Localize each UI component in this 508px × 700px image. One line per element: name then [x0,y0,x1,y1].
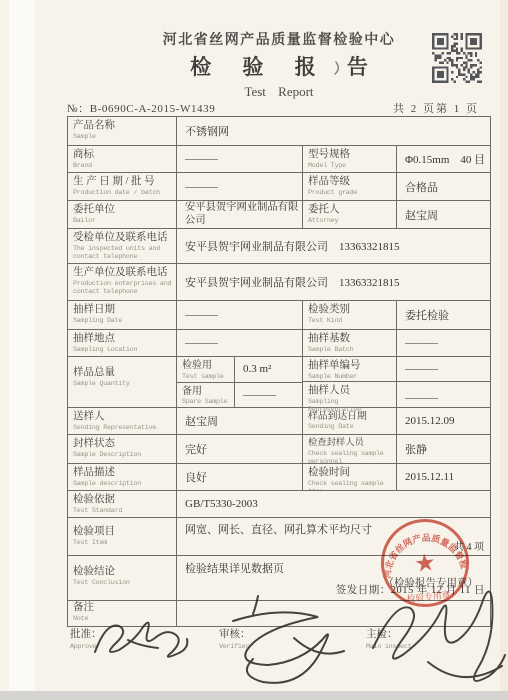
value-test-standard: GB/T5330-2003 [177,491,490,517]
label-sending-rep: 送样人 Sending Representative [68,408,177,434]
label-model-type: 型号规格 Model Type [303,146,397,172]
label-sample-desc: 样品描述 Sample description [68,464,177,490]
value-note [177,601,490,626]
row-seal-state-checker: 封样状态 Sample Description 完好 检查封样人员 Check … [68,435,490,464]
label-spare-sample: 备用 Spare Sample [177,383,235,408]
label-zh: 抽样地点 [73,333,174,345]
label-zh: 检验类别 [308,304,394,316]
label-en: Test sample [182,373,232,381]
label-zh: 型号规格 [308,149,394,161]
test-item-count: 共 4 项 [185,538,484,553]
label-arrival-date: 样品到达日期 Sending Date [303,408,397,434]
value-sample-number: ——— [397,357,490,381]
label-sampling-date: 抽样日期 Sampling Date [68,301,177,329]
label-en: Note [73,615,174,623]
value-sampling-location: ——— [177,330,303,356]
label-sampling-location: 抽样地点 Sampling Location [68,330,177,356]
row-sampling-location-batch: 抽样地点 Sampling Location ——— 抽样基数 Sample B… [68,330,490,357]
label-zh: 检查封样人员 [308,438,394,449]
label-zh: 批准： [70,629,102,641]
label-zh: 样品等级 [308,176,394,188]
value-product-grade: 合格品 [397,173,490,200]
value-product-name: 不锈钢网 [177,117,490,145]
subrow-sample-number: 抽样单编号 Sample Number ——— [303,357,490,382]
value-model-type: Φ0.15mm 40 目 [397,146,490,172]
scanner-edge-strip [9,0,35,691]
value-sample-desc: 良好 [177,464,303,490]
report-title: 检 验 报 告 [67,51,491,81]
label-en: Test Item [73,539,174,547]
label-sample-batch: 抽样基数 Sample Batch [303,330,397,356]
label-test-item: 检验项目 Test Item [68,518,177,555]
label-en: Sample Description [73,451,174,459]
test-item-text: 网宽、网长、直径、网孔算术平均尺寸 [185,521,484,537]
row-note: 备注 Note [68,601,490,626]
value-sample-batch: ——— [397,330,490,356]
report-number-line: №：B-0690C-A-2015-W1439 共 2 页第 1 页 [67,100,479,116]
report-number: №：B-0690C-A-2015-W1439 [67,100,215,116]
value-production-unit: 安平县贺宇网业制品有限公司 13363321815 [177,264,490,300]
label-attorney: 委托人 Attorney [303,201,397,228]
label-zh: 抽样单编号 [308,360,394,372]
label-seal-checker: 检查封样人员 Check sealing sample personnel [303,435,397,463]
label-en: Sample Number [308,373,394,381]
label-zh: 检验时间 [308,467,394,479]
label-zh: 样品总量 [73,367,174,379]
label-zh: 备用 [182,386,232,398]
value-test-conclusion: 检验结果详见数据页 （检验报告专用章） 签发日期：2015 年 12 月 11 … [177,556,490,600]
label-en: Sample Quantity [73,380,174,388]
label-en: Sample [73,133,174,141]
row-inspected-unit: 受检单位及联系电话 The inspected units and contac… [68,229,490,264]
row-test-conclusion: 检验结论 Test Conclusion 检验结果详见数据页 （检验报告专用章）… [68,556,490,601]
label-check-time: 检验时间 Check sealing sample time [303,464,397,490]
label-zh: 送样人 [73,411,174,423]
label-production-date: 生 产 日 期 / 批 号 Production date / batch [68,173,177,200]
label-zh: 委托单位 [73,204,174,216]
label-en: Sampling Date [73,317,174,325]
label-en: Test Conclusion [73,579,174,587]
verifier-label: 审核： Verifier [219,629,251,651]
value-check-time: 2015.12.11 [397,464,490,490]
label-brand: 商标 Brand [68,146,177,172]
row-brand-model: 商标 Brand ——— 型号规格 Model Type Φ0.15mm 40 … [68,146,490,173]
label-zh: 抽样日期 [73,304,174,316]
value-seal-checker: 张静 [397,435,490,463]
label-zh: 检验项目 [73,526,174,538]
label-en: Check sealing sample time [308,480,394,490]
value-brand: ——— [177,146,303,172]
label-en: Verifier [219,643,251,651]
label-en: Brand [73,162,174,170]
label-test-kind: 检验类别 Test Kind [303,301,397,329]
label-zh: 产品名称 [73,120,174,132]
value-arrival-date: 2015.12.09 [397,408,490,434]
subrow-spare-sample: 备用 Spare Sample ——— [177,383,302,408]
label-zh: 商标 [73,149,174,161]
label-en: Sending Date [308,423,394,431]
label-zh: 样品到达日期 [308,411,394,422]
label-en: Product grade [308,189,394,197]
value-inspected-unit: 安平县贺宇网业制品有限公司 13363321815 [177,229,490,263]
value-test-kind: 委托检验 [397,301,490,329]
label-en: Sampling Location [73,346,174,354]
value-sampling-date: ——— [177,301,303,329]
label-note: 备注 Note [68,601,177,626]
value-test-item: 网宽、网长、直径、网孔算术平均尺寸 共 4 项 [177,518,490,555]
label-zh: 受检单位及联系电话 [73,232,174,244]
row-sampling-date-test-kind: 抽样日期 Sampling Date ——— 检验类别 Test Kind 委托… [68,301,490,330]
label-zh: 备注 [73,602,174,614]
report-subtitle-en: Test Report [67,84,491,100]
label-zh: 生 产 日 期 / 批 号 [73,176,174,188]
row-production-date-grade: 生 产 日 期 / 批 号 Production date / batch ——… [68,173,490,201]
row-test-standard: 检验依据 Test Standard GB/T5330-2003 [68,491,490,518]
label-en: Production enterprises and contact telep… [73,280,174,296]
value-spare-sample: ——— [235,383,302,408]
label-en: Test Standard [73,507,174,515]
label-sample-quantity: 样品总量 Sample Quantity [68,357,177,407]
label-en: Test Kind [308,317,394,325]
label-en: Sample Batch [308,346,394,354]
label-zh: 检验用 [182,360,232,372]
qr-code-icon [432,33,482,83]
value-sending-rep: 赵宝周 [177,408,303,434]
row-production-unit: 生产单位及联系电话 Production enterprises and con… [68,264,490,301]
scanned-test-report-page: { "header": { "org_name": "河北省丝网产品质量监督检验… [0,0,508,700]
label-en: Attorney [308,217,394,225]
report-form-table: 产品名称 Sample 不锈钢网 商标 Brand ——— 型号规格 Model… [67,116,491,627]
row-test-item: 检验项目 Test Item 网宽、网长、直径、网孔算术平均尺寸 共 4 项 [68,518,490,556]
label-en: Production date / batch [73,189,174,197]
org-name: 河北省丝网产品质量监督检验中心 [67,29,491,49]
approver-label: 批准： Approver [70,629,102,651]
sampling-subcolumn: 抽样单编号 Sample Number ——— 抽样人员 Sampling Re… [303,357,490,407]
label-test-sample: 检验用 Test sample [177,357,235,382]
row-sample-desc-check-time: 样品描述 Sample description 良好 检验时间 Check se… [68,464,490,491]
value-test-sample: 0.3 m² [235,357,302,382]
label-zh: 抽样人员 [308,385,394,397]
value-production-date: ——— [177,173,303,200]
conclusion-text: 检验结果详见数据页 [185,560,284,576]
label-production-unit: 生产单位及联系电话 Production enterprises and con… [68,264,177,300]
issue-date: 签发日期：2015 年 12 月 11 日 [336,582,485,597]
value-attorney: 赵宝周 [397,201,490,228]
row-sending-rep-arrival: 送样人 Sending Representative 赵宝周 样品到达日期 Se… [68,408,490,435]
label-zh: 审核： [219,629,251,641]
sample-quantity-subcolumn: 检验用 Test sample 0.3 m² 备用 Spare Sample —… [177,357,303,407]
label-zh: 封样状态 [73,438,174,450]
row-bailor-attorney: 委托单位 Bailor 安平县贺宇网业制品有限公司 委托人 Attorney 赵… [68,201,490,229]
label-en: Sample description [73,480,174,488]
label-en: Model Type [308,162,394,170]
label-en: Bailor [73,217,174,225]
main-inspector-label: 主检： Main inspect [366,629,411,651]
label-seal-state: 封样状态 Sample Description [68,435,177,463]
label-sample-number: 抽样单编号 Sample Number [303,357,397,381]
label-en: Approver [70,643,102,651]
label-en: Spare Sample [182,398,232,406]
label-en: Main inspect [366,643,411,651]
label-inspected-unit: 受检单位及联系电话 The inspected units and contac… [68,229,177,263]
label-en: The inspected units and contact telephon… [73,245,174,261]
row-sample-quantity: 样品总量 Sample Quantity 检验用 Test sample 0.3… [68,357,490,408]
label-bailor: 委托单位 Bailor [68,201,177,228]
label-product-name: 产品名称 Sample [68,117,177,145]
label-zh: 检验依据 [73,494,174,506]
label-zh: 委托人 [308,204,394,216]
label-zh: 检验结论 [73,566,174,578]
paper-edge-shade [500,0,508,691]
label-zh: 样品描述 [73,467,174,479]
page-info: 共 2 页第 1 页 [393,100,479,116]
label-en: Check sealing sample personnel [308,450,394,463]
label-zh: 抽样基数 [308,333,394,345]
label-test-standard: 检验依据 Test Standard [68,491,177,517]
label-en: Sending Representative [73,424,174,432]
row-product-name: 产品名称 Sample 不锈钢网 [68,117,490,146]
label-product-grade: 样品等级 Product grade [303,173,397,200]
subrow-test-sample: 检验用 Test sample 0.3 m² [177,357,302,383]
label-zh: 主检： [366,629,411,641]
value-bailor: 安平县贺宇网业制品有限公司 [177,201,303,228]
label-zh: 生产单位及联系电话 [73,267,174,279]
value-seal-state: 完好 [177,435,303,463]
label-test-conclusion: 检验结论 Test Conclusion [68,556,177,600]
